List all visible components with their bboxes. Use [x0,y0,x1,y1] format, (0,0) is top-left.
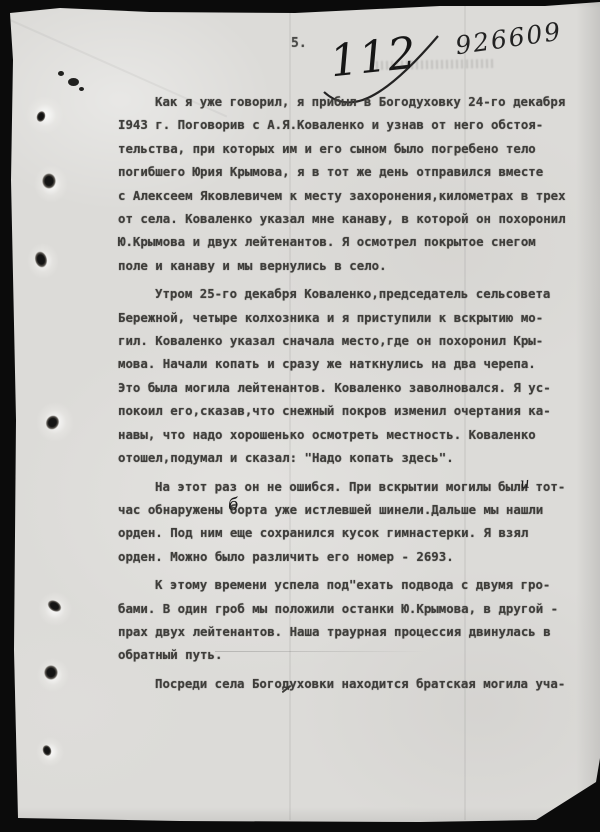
text-line: К этому времени успела под"ехать подвода… [118,573,588,596]
text-line: Утром 25-го декабря Коваленко,председате… [118,282,588,305]
pencil-line [215,651,427,652]
text-line: Бережной, четыре колхозника и я приступи… [118,306,588,329]
text-line: от села. Коваленко указал мне канаву, в … [118,207,588,230]
paragraph: Посреди села Богодуховки находится братс… [118,672,588,695]
text-line: прах двух лейтенантов. Наша траурная про… [118,620,588,643]
text-line: Посреди села Богодуховки находится братс… [118,672,588,695]
text-line: погибшего Юрия Крымова, я в тот же день … [118,160,588,183]
faint-stamp-mark [376,59,494,70]
paper-tear-speck [68,78,79,86]
handwritten-sheet-number: 112 [328,28,420,88]
text-line: мова. Начали копать и сразу же наткнулис… [118,352,588,375]
punch-hole [43,664,59,681]
paragraph: Утром 25-го декабря Коваленко,председате… [118,282,588,469]
text-line: тельства, при которых им и его сыном был… [118,137,588,160]
text-line: гил. Коваленко указал сначала место,где … [118,329,588,352]
text-line: Это была могила лейтенантов. Коваленко з… [118,376,588,399]
text-line: навы, что надо хорошенько осмотреть мест… [118,423,588,446]
paper-tear-speck [58,71,64,76]
text-line: Ю.Крымова и двух лейтенантов. Я осмотрел… [118,230,588,253]
text-line: покоил его,сказав,что снежный покров изм… [118,399,588,422]
text-line: поле и канаву и мы вернулись в село. [118,254,588,277]
ink-correction-letter: и [519,474,531,493]
scanned-document-page: 5. 112 926609 Как я уже говорил, я прибы… [0,0,600,832]
text-line: орден. Можно было различить его номер - … [118,545,588,568]
paper-sheet: 5. 112 926609 Как я уже говорил, я прибы… [0,0,600,832]
text-line: час обнаружены борта уже истлевшей шинел… [118,498,588,521]
page-number: 5. [291,36,307,51]
handwritten-archive-number: 926609 [454,17,564,61]
text-line: орден. Под ним еще сохранился кусок гимн… [118,521,588,544]
text-line: I943 г. Поговорив с А.Я.Коваленко и узна… [118,113,588,136]
ink-correction-letter: б [227,495,239,516]
paper-tear-speck [79,87,84,91]
paragraph: На этот раз он не ошибся. При вскрытии м… [118,475,588,569]
paragraph: Как я уже говорил, я прибыл в Богодуховк… [118,90,588,277]
paragraph: К этому времени успела под"ехать подвода… [118,573,588,667]
text-line: Как я уже говорил, я прибыл в Богодуховк… [118,90,588,113]
punch-hole [41,172,57,190]
text-block: Как я уже говорил, я прибыл в Богодуховк… [118,90,588,700]
text-line: с Алексеем Яковлевичем к месту захоронен… [118,184,588,207]
text-line: обратный путь. [118,643,588,666]
text-line: отошел,подумал и сказал: "Надо копать зд… [118,446,588,469]
text-line: На этот раз он не ошибся. При вскрытии м… [118,475,588,498]
text-line: бами. В один гроб мы положили останки Ю.… [118,597,588,620]
